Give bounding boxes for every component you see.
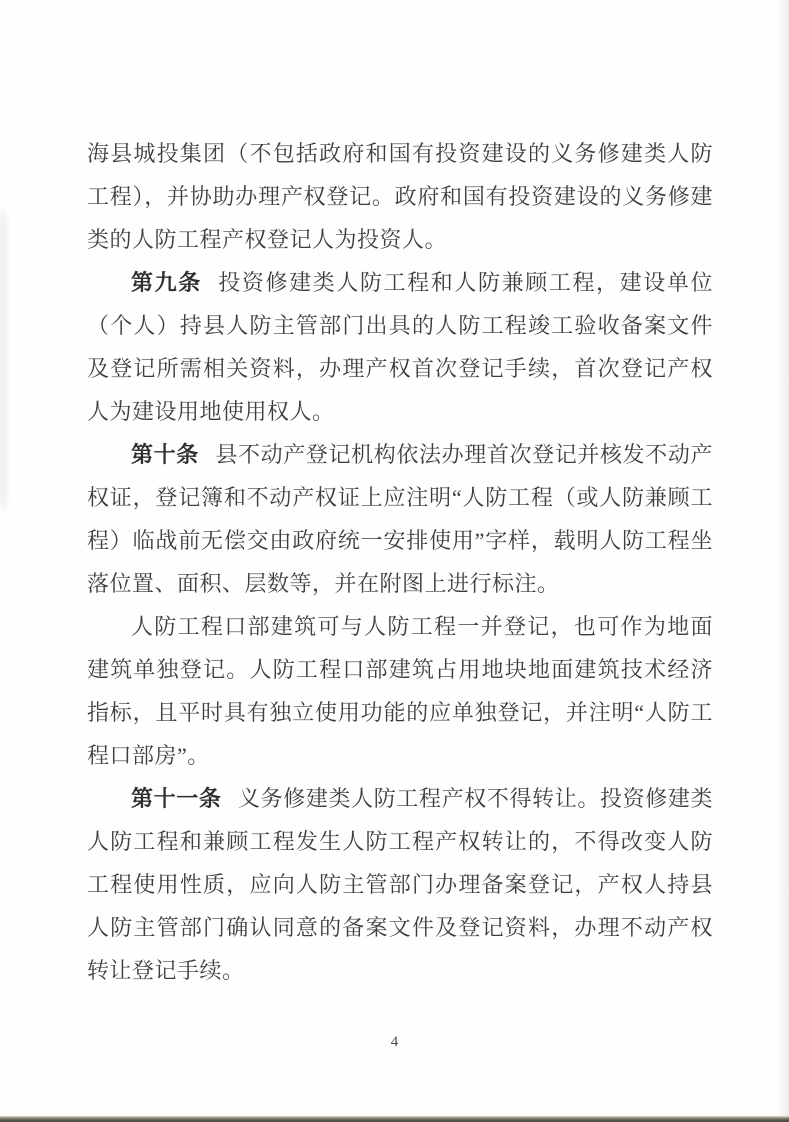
scan-edge-bottom: [0, 1116, 789, 1122]
article-heading: 第十条: [131, 442, 199, 467]
paragraph-article-11: 第十一条义务修建类人防工程产权不得转让。投资修建类人防工程和兼顾工程发生人防工程…: [87, 777, 713, 992]
article-heading: 第九条: [131, 270, 202, 295]
document-body: 海县城投集团（不包括政府和国有投资建设的义务修建类人防工程），并协助办理产权登记…: [87, 132, 713, 992]
paragraph-text: 海县城投集团（不包括政府和国有投资建设的义务修建类人防工程），并协助办理产权登记…: [87, 141, 713, 252]
paragraph-continuation: 海县城投集团（不包括政府和国有投资建设的义务修建类人防工程），并协助办理产权登记…: [87, 132, 713, 261]
paragraph-article-9: 第九条投资修建类人防工程和人防兼顾工程，建设单位（个人）持县人防主管部门出具的人…: [87, 261, 713, 433]
scan-shadow-right: [777, 0, 789, 1116]
paragraph-text: 义务修建类人防工程产权不得转让。投资修建类人防工程和兼顾工程发生人防工程产权转让…: [87, 786, 713, 983]
paragraph-article-10: 第十条县不动产登记机构依法办理首次登记并核发不动产权证，登记簿和不动产权证上应注…: [87, 433, 713, 605]
page-number: 4: [0, 1034, 789, 1051]
paragraph-article-10-continued: 人防工程口部建筑可与人防工程一并登记，也可作为地面建筑单独登记。人防工程口部建筑…: [87, 605, 713, 777]
paragraph-text: 人防工程口部建筑可与人防工程一并登记，也可作为地面建筑单独登记。人防工程口部建筑…: [87, 614, 713, 768]
scan-shadow-left: [0, 212, 6, 507]
scanned-document-page: 海县城投集团（不包括政府和国有投资建设的义务修建类人防工程），并协助办理产权登记…: [0, 0, 789, 1122]
article-heading: 第十一条: [131, 786, 222, 811]
